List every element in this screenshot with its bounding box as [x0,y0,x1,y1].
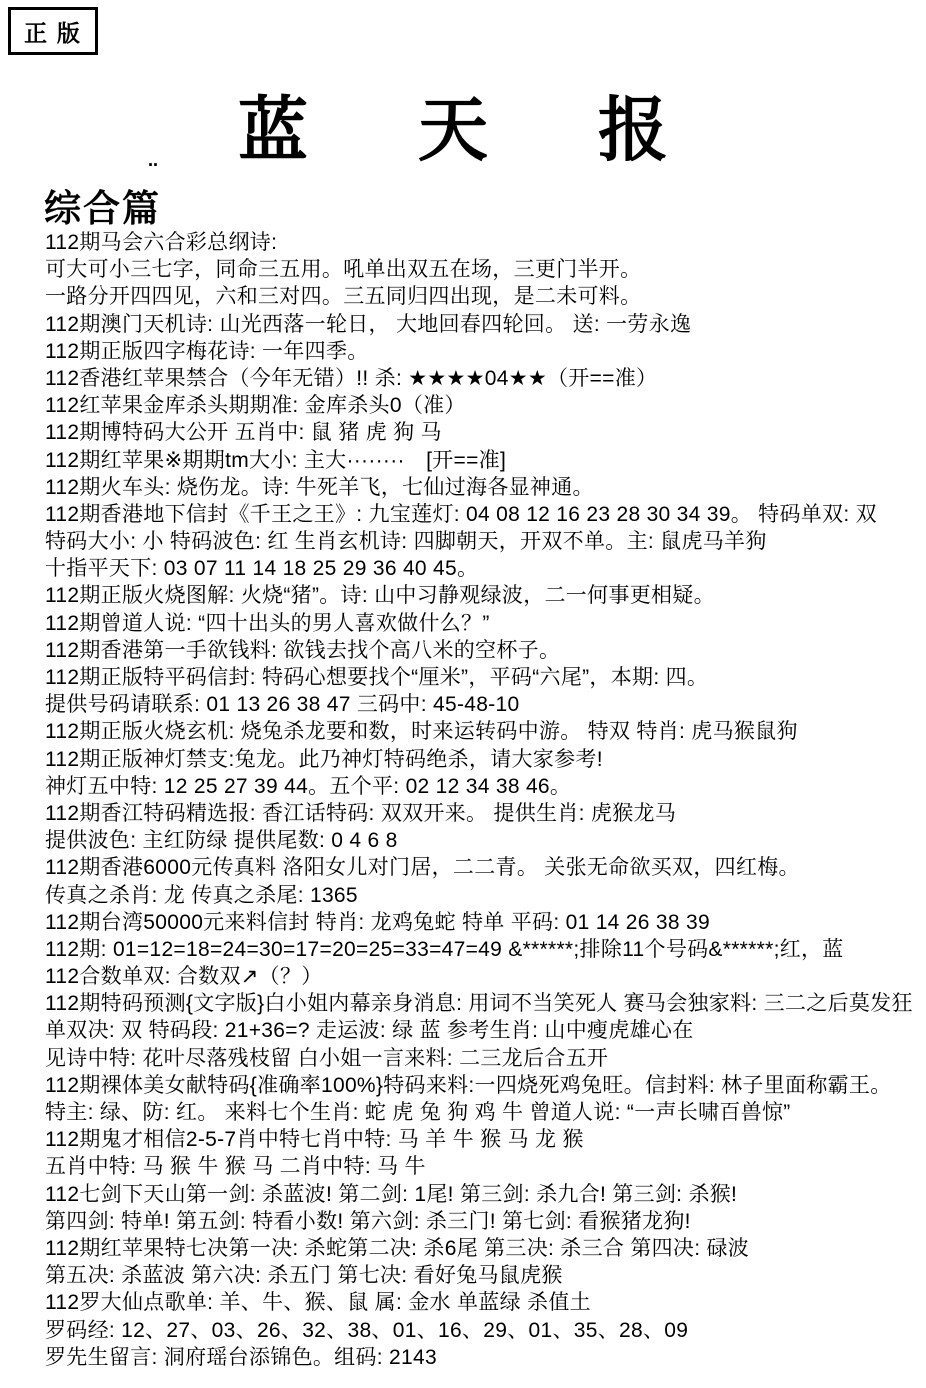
text-line: 见诗中特: 花叶尽落残枝留 白小姐一言来料: 二三龙后合五开 [45,1045,922,1072]
text-line: 提供号码请联系: 01 13 26 38 47 三码中: 45-48-10 [45,691,922,718]
text-line: 112期博特码大公开 五肖中: 鼠 猪 虎 狗 马 [45,419,922,446]
text-line: 112期正版神灯禁支:兔龙。此乃神灯特码绝杀，请大家参考! [45,746,922,773]
text-line: 五肖中特: 马 猴 牛 猴 马 二肖中特: 马 牛 [45,1153,922,1180]
page-title: 蓝 天 报 [0,74,926,175]
text-line: 112期香江特码精选报: 香江话特码: 双双开来。 提供生肖: 虎猴龙马 [45,800,922,827]
text-line: 112期鬼才相信2-5-7肖中特七肖中特: 马 羊 牛 猴 马 龙 猴 [45,1126,922,1153]
text-line: 第五决: 杀蓝波 第六决: 杀五门 第七决: 看好兔马鼠虎猴 [45,1262,922,1289]
text-line: 特码大小: 小 特码波色: 红 生肖玄机诗: 四脚朝天，开双不单。主: 鼠虎马羊… [45,528,922,555]
text-line: 特主: 绿、防: 红。 来料七个生肖: 蛇 虎 兔 狗 鸡 牛 曾道人说: “一… [45,1099,922,1126]
text-line: 112期火车头: 烧伤龙。诗: 牛死羊飞，七仙过海各显神通。 [45,474,922,501]
text-line: 112红苹果金库杀头期期准: 金库杀头0（准） [45,392,922,419]
text-line: 112期正版特平码信封: 特码心想要找个“厘米”，平码“六尾”，本期: 四。 [45,664,922,691]
text-line: 可大可小三七字，同命三五用。吼单出双五在场，三更门半开。 [45,256,922,283]
section-heading: 综合篇 [44,178,161,232]
text-line: 112期正版火烧图解: 火烧“猪”。诗: 山中习静观绿波，二一何事更相疑。 [45,582,922,609]
body-text: 112期马会六合彩总纲诗: 可大可小三七字，同命三五用。吼单出双五在场，三更门半… [45,229,922,1371]
text-line: 112七剑下天山第一剑: 杀蓝波! 第二剑: 1尾! 第三剑: 杀九合! 第三剑… [45,1181,922,1208]
text-line: 单双决: 双 特码段: 21+36=? 走运波: 绿 蓝 参考生肖: 山中瘦虎雄… [45,1017,922,1044]
text-line: 112期红苹果特七决第一决: 杀蛇第二决: 杀6尾 第三决: 杀三合 第四决: … [45,1235,922,1262]
text-line: 112合数单双: 合数双↗（？） [45,963,922,990]
text-line: 十指平天下: 03 07 11 14 18 25 29 36 40 45。 [45,555,922,582]
text-line: 第四剑: 特单! 第五剑: 特看小数! 第六剑: 杀三门! 第七剑: 看猴猪龙狗… [45,1208,922,1235]
text-line: 112罗大仙点歌单: 羊、牛、猴、鼠 属: 金水 单蓝绿 杀值土 [45,1289,922,1316]
text-line: 112期红苹果※期期tm大小: 主大········ [开==准] [45,447,922,474]
text-line: 112期香港地下信封《千王之王》: 九宝莲灯: 04 08 12 16 23 2… [45,501,922,528]
title-dots: ‥ [148,152,162,170]
text-line: 112期曾道人说: “四十出头的男人喜欢做什么？” [45,610,922,637]
newspaper-page: 正 版 蓝 天 报 ‥ 综合篇 112期马会六合彩总纲诗: 可大可小三七字，同命… [0,0,926,1388]
text-line: 112期裸体美女献特码{准确率100%}特码来料:一四烧死鸡兔旺。信封料: 林子… [45,1072,922,1099]
edition-badge: 正 版 [8,7,98,55]
text-line: 112期香港6000元传真料 洛阳女儿对门居，二二青。 关张无命欲买双，四红梅。 [45,854,922,881]
text-line: 一路分开四四见，六和三对四。三五同归四出现，是二未可料。 [45,283,922,310]
text-line: 112期澳门天机诗: 山光西落一轮日， 大地回春四轮回。 送: 一劳永逸 [45,311,922,338]
text-line: 112香港红苹果禁合（今年无错）!! 杀: ★★★★04★★（开==准） [45,365,922,392]
text-line: 提供波色: 主红防绿 提供尾数: 0 4 6 8 [45,827,922,854]
text-line: 传真之杀肖: 龙 传真之杀尾: 1365 [45,882,922,909]
text-line: 112期正版四字梅花诗: 一年四季。 [45,338,922,365]
text-line: 112期特码预测{文字版}白小姐内幕亲身消息: 用词不当笑死人 赛马会独家料: … [45,990,922,1017]
text-line: 罗先生留言: 洞府瑶台添锦色。组码: 2143 [45,1344,922,1371]
text-line: 112期香港第一手欲钱料: 欲钱去找个高八米的空杯子。 [45,637,922,664]
text-line: 112期台湾50000元来料信封 特肖: 龙鸡兔蛇 特单 平码: 01 14 2… [45,909,922,936]
text-line: 112期: 01=12=18=24=30=17=20=25=33=47=49 &… [45,936,922,963]
text-line: 罗码经: 12、27、03、26、32、38、01、16、29、01、35、28… [45,1317,922,1344]
text-line: 112期正版火烧玄机: 烧兔杀龙要和数，时来运转码中游。 特双 特肖: 虎马猴鼠… [45,718,922,745]
text-line: 112期马会六合彩总纲诗: [45,229,922,256]
text-line: 神灯五中特: 12 25 27 39 44。五个平: 02 12 34 38 4… [45,773,922,800]
